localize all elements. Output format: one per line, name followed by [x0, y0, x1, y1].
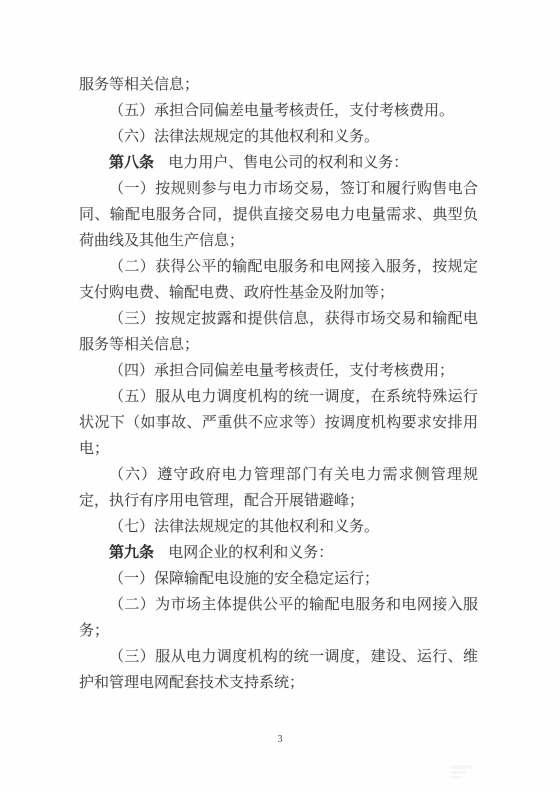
paragraph-text: （五）服从电力调度机构的统一调度，在系统特殊运行状况下（如事故、严重供不应求等）…: [79, 389, 478, 457]
paragraph: （六）法律法规规定的其他权利和义务。: [79, 124, 478, 150]
paragraph: （三）服从电力调度机构的统一调度，建设、运行、维护和管理电网配套技术支持系统；: [79, 644, 478, 696]
paragraph: （五）承担合同偏差电量考核责任，支付考核费用。: [79, 98, 478, 124]
paragraph-text: （四）承担合同偏差电量考核责任，支付考核费用；: [109, 363, 454, 379]
paragraph-text: 电网企业的权利和义务：: [168, 545, 333, 561]
paragraph-text: （二）为市场主体提供公平的输配电服务和电网接入服务；: [79, 597, 478, 639]
paragraph: （七）法律法规规定的其他权利和义务。: [79, 514, 478, 540]
paragraph: 服务等相关信息；: [79, 72, 478, 98]
paragraph-text: 电力用户、售电公司的权利和义务：: [168, 155, 408, 171]
page-footer: 3: [0, 729, 560, 747]
paragraph: （三）按规定披露和提供信息，获得市场交易和输配电服务等相关信息；: [79, 306, 478, 358]
paragraph: （五）服从电力调度机构的统一调度，在系统特殊运行状况下（如事故、严重供不应求等）…: [79, 384, 478, 462]
document-body: 服务等相关信息；（五）承担合同偏差电量考核责任，支付考核费用。（六）法律法规规定…: [79, 72, 478, 696]
paragraph: （一）保障输配电设施的安全稳定运行；: [79, 566, 478, 592]
paragraph-text: （二）获得公平的输配电服务和电网接入服务，按规定支付购电费、输配电费、政府性基金…: [79, 259, 478, 301]
paragraph-text: （六）法律法规规定的其他权利和义务。: [109, 129, 379, 145]
paragraph: （六）遵守政府电力管理部门有关电力需求侧管理规定，执行有序用电管理，配合开展错避…: [79, 462, 478, 514]
paragraph-text: （三）服从电力调度机构的统一调度，建设、运行、维护和管理电网配套技术支持系统；: [79, 649, 478, 691]
paragraph-text: 服务等相关信息；: [79, 77, 199, 93]
article-heading: 第八条电力用户、售电公司的权利和义务：: [79, 150, 478, 176]
paragraph: （二）获得公平的输配电服务和电网接入服务，按规定支付购电费、输配电费、政府性基金…: [79, 254, 478, 306]
page-number: 3: [278, 734, 283, 745]
paragraph-text: （五）承担合同偏差电量考核责任，支付考核费用。: [109, 103, 454, 119]
article-heading: 第九条电网企业的权利和义务：: [79, 540, 478, 566]
paragraph: （二）为市场主体提供公平的输配电服务和电网接入服务；: [79, 592, 478, 644]
paragraph: （一）按规则参与电力市场交易，签订和履行购售电合同、输配电服务合同，提供直接交易…: [79, 176, 478, 254]
watermark-bar: [451, 765, 473, 769]
paragraph-text: （六）遵守政府电力管理部门有关电力需求侧管理规定，执行有序用电管理，配合开展错避…: [79, 467, 478, 509]
paragraph-text: （一）保障输配电设施的安全稳定运行；: [109, 571, 379, 587]
article-label: 第九条: [109, 545, 154, 561]
watermark-bar: [451, 771, 467, 774]
paragraph-text: （一）按规则参与电力市场交易，签订和履行购售电合同、输配电服务合同，提供直接交易…: [79, 181, 478, 249]
document-page: 服务等相关信息；（五）承担合同偏差电量考核责任，支付考核费用。（六）法律法规规定…: [0, 0, 560, 791]
watermark-logo: [451, 765, 479, 785]
paragraph-text: （三）按规定披露和提供信息，获得市场交易和输配电服务等相关信息；: [79, 311, 478, 353]
paragraph: （四）承担合同偏差电量考核责任，支付考核费用；: [79, 358, 478, 384]
watermark-bar: [451, 776, 461, 779]
paragraph-text: （七）法律法规规定的其他权利和义务。: [109, 519, 379, 535]
article-label: 第八条: [109, 155, 154, 171]
